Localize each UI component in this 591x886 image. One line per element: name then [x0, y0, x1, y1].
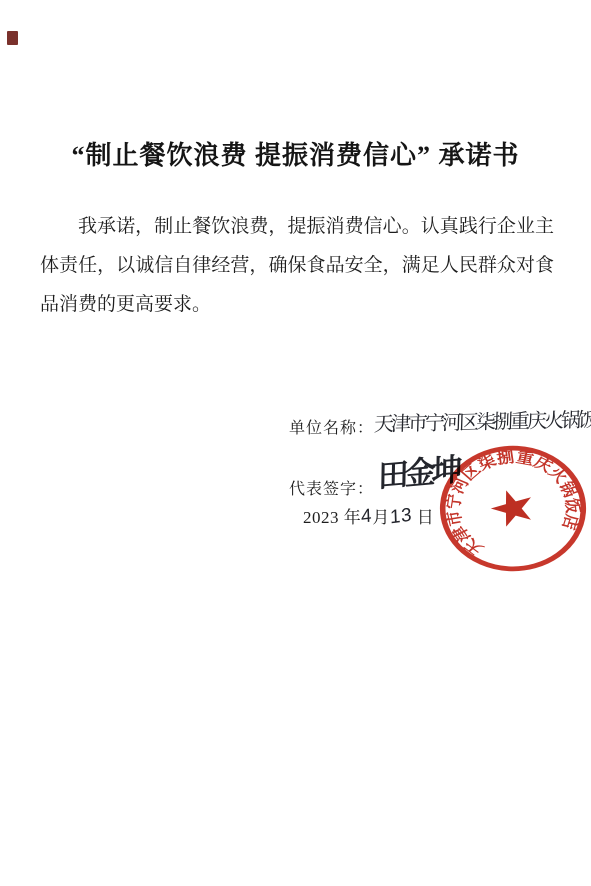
- document-title: “制止餐饮浪费 提振消费信心” 承诺书: [0, 135, 591, 172]
- seal-ring-text-holder: 天津市宁河区柒捌重庆火锅饭店: [439, 445, 587, 565]
- date-month-handwriting: 4: [361, 505, 373, 528]
- representative-signature-row: 代表签字：田金坤: [289, 458, 455, 503]
- unit-name-row: 单位名称：天津市宁河区柒捌重庆火锅饭店: [289, 410, 591, 439]
- unit-name-label: 单位名称：: [289, 420, 374, 437]
- date-row: 2023 年4月13 日: [303, 503, 434, 529]
- date-day-handwriting: 13: [390, 505, 413, 530]
- date-month-label: 月: [372, 508, 390, 527]
- unit-name-handwriting: 天津市宁河区柒捌重庆火锅饭店: [374, 403, 591, 437]
- pledge-paragraph: 我承诺，制止餐饮浪费，提振消费信心。认真践行企业主体责任，以诚信自律经营，确保食…: [40, 207, 554, 324]
- pledge-document-page: { "title": "“制止餐饮浪费 提振消费信心” 承诺书", "body"…: [0, 0, 591, 886]
- representative-signature-label: 代表签字：: [289, 481, 374, 498]
- signature-handwriting: 田金坤: [378, 444, 459, 496]
- date-day-label: 日: [412, 508, 434, 527]
- scan-corner-mark: [7, 31, 18, 45]
- red-star-icon: [486, 485, 539, 529]
- seal-ring: [439, 445, 587, 572]
- seal-ring-text: 天津市宁河区柒捌重庆火锅饭店: [439, 445, 587, 565]
- date-year: 2023 年: [303, 508, 361, 527]
- company-seal-stamp: 天津市宁河区柒捌重庆火锅饭店: [439, 445, 587, 572]
